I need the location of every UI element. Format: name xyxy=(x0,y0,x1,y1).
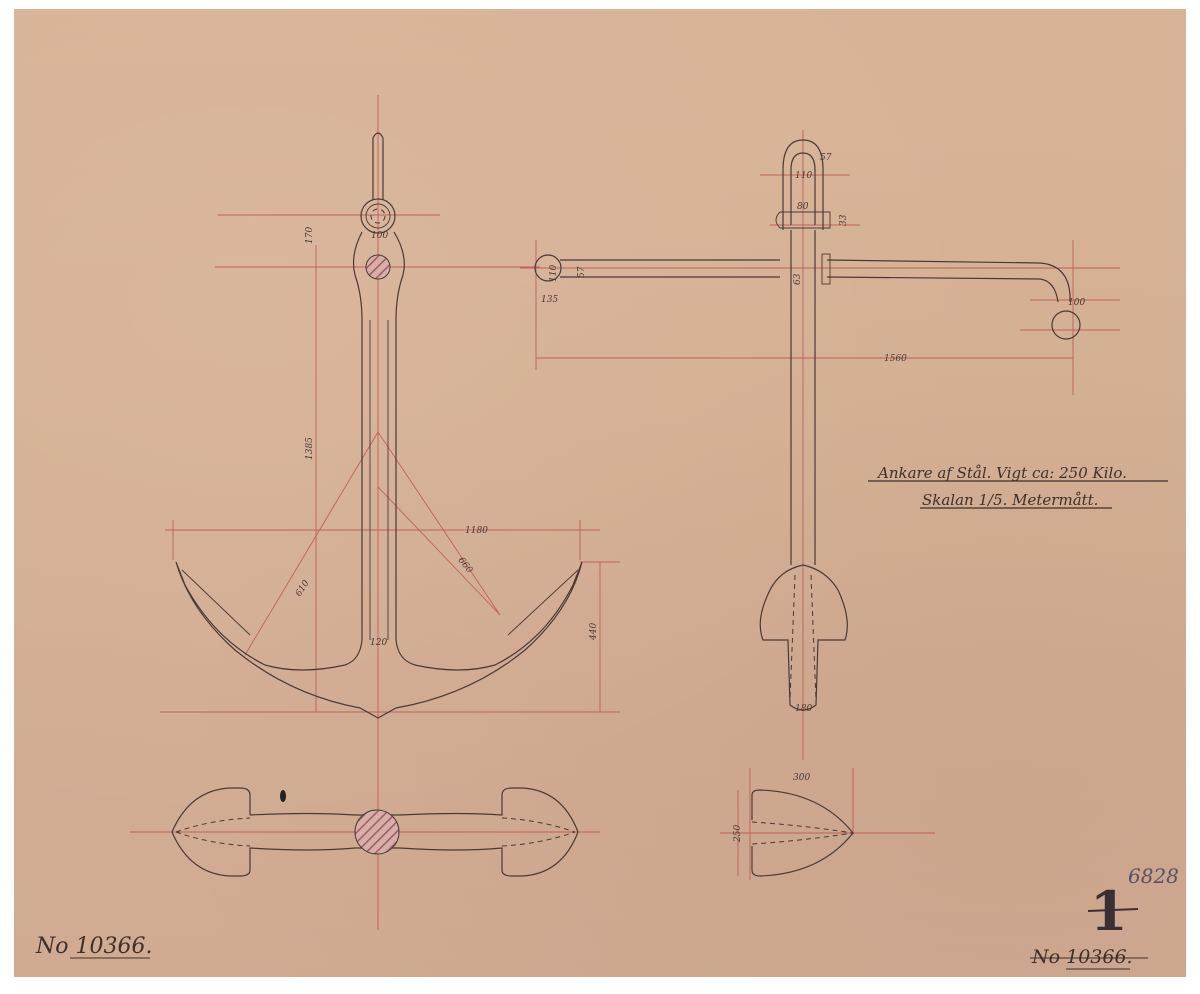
dim-ball-diameter: 110 xyxy=(549,265,559,282)
dim-pin-head: 33 xyxy=(839,214,849,226)
catalog-marks: No 10366. 6828 1 No 10366. xyxy=(35,864,1179,969)
dim-fluke-width: 250 xyxy=(733,825,743,843)
dim-arm-span: 1180 xyxy=(465,526,488,536)
stock-ball-right xyxy=(1052,311,1080,339)
dim-stock-collar: 63 xyxy=(793,273,803,285)
shank-inner-lines xyxy=(370,320,388,640)
dim-side-crown-width: 180 xyxy=(795,704,812,714)
dim-stock-neck: 57 xyxy=(577,266,587,278)
front-view: 170 100 1385 1180 610 660 120 440 xyxy=(160,95,620,930)
catalog-number-right: No 10366. xyxy=(1031,946,1133,968)
anchor-drawing: 170 100 1385 1180 610 660 120 440 xyxy=(0,0,1200,994)
dim-shank-length: 1385 xyxy=(305,437,315,460)
dim-fluke-length: 300 xyxy=(793,773,810,783)
radius-line xyxy=(245,432,378,655)
dim-shackle-bar: 57 xyxy=(820,153,832,163)
side-crown xyxy=(760,565,847,710)
dim-stock-end: 100 xyxy=(1068,298,1085,308)
pencil-number: 6828 xyxy=(1128,864,1179,888)
fluke-edges xyxy=(182,570,578,635)
plan-view xyxy=(130,788,600,876)
title-line-1: Ankare af Stål. Vigt ca: 250 Kilo. xyxy=(876,464,1127,482)
title-line-2: Skalan 1/5. Metermått. xyxy=(922,491,1098,509)
dim-crown-width: 120 xyxy=(370,638,387,648)
dim-arm-height: 440 xyxy=(589,623,599,641)
ink-blot xyxy=(280,790,286,802)
title-block: Ankare af Stål. Vigt ca: 250 Kilo. Skala… xyxy=(868,464,1168,509)
dim-shackle-pin: 80 xyxy=(797,202,809,212)
dim-shackle-inner: 110 xyxy=(795,171,812,181)
dim-eye-width: 100 xyxy=(371,231,388,241)
plan-section-hatch xyxy=(355,810,399,854)
stock-collar xyxy=(822,254,830,284)
dim-shackle-offset: 170 xyxy=(305,227,315,244)
dim-stock-length: 1560 xyxy=(884,354,907,364)
dim-ball-width: 135 xyxy=(541,295,558,305)
dim-arm-radius-left: 610 xyxy=(294,578,312,598)
shank-section-hatch xyxy=(366,255,390,279)
catalog-number-left: No 10366. xyxy=(35,934,152,959)
